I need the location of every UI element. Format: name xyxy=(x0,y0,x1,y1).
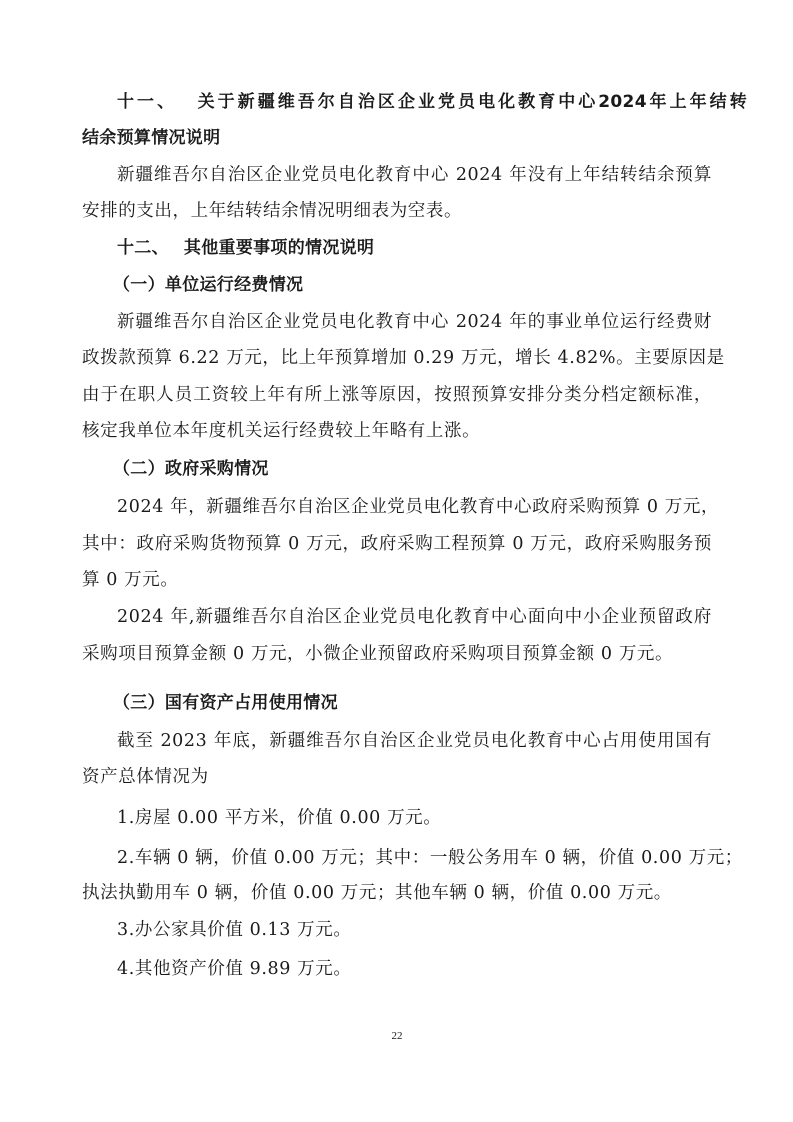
subsection-1-paragraph: 由于在职人员工资较上年有所上涨等原因，按照预算安排分类分档定额标准， xyxy=(82,383,712,407)
subsection-2-paragraph: 算 0 万元。 xyxy=(82,568,712,592)
asset-item-cont: 执法执勤用车 0 辆，价值 0.00 万元；其他车辆 0 辆，价值 0.00 万… xyxy=(82,881,712,905)
asset-item: 1.房屋 0.00 平方米，价值 0.00 万元。 xyxy=(117,806,747,830)
subsection-1-paragraph: 核定我单位本年度机关运行经费较上年略有上涨。 xyxy=(82,419,712,443)
section-11-heading-cont: 结余预算情况说明 xyxy=(82,126,712,150)
subsection-3-paragraph: 资产总体情况为 xyxy=(82,765,712,789)
subsection-2-paragraph: 2024 年,新疆维吾尔自治区企业党员电化教育中心面向中小企业预留政府 xyxy=(117,605,712,629)
subsection-3-paragraph: 截至 2023 年底，新疆维吾尔自治区企业党员电化教育中心占用使用国有 xyxy=(117,729,712,753)
section-12-heading: 十二、 其他重要事项的情况说明 xyxy=(117,236,747,260)
subsection-1-paragraph: 新疆维吾尔自治区企业党员电化教育中心 2024 年的事业单位运行经费财 xyxy=(117,310,712,334)
subsection-1-paragraph: 政拨款预算 6.22 万元，比上年预算增加 0.29 万元，增长 4.82%。主… xyxy=(82,346,712,370)
section-11-paragraph: 新疆维吾尔自治区企业党员电化教育中心 2024 年没有上年结转结余预算 xyxy=(117,163,712,187)
document-page: 十一、 关于新疆维吾尔自治区企业党员电化教育中心2024年上年结转 结余预算情况… xyxy=(0,0,793,1122)
section-11-paragraph: 安排的支出，上年结转结余情况明细表为空表。 xyxy=(82,199,712,223)
asset-item: 4.其他资产价值 9.89 万元。 xyxy=(117,957,747,981)
section-11-heading: 十一、 关于新疆维吾尔自治区企业党员电化教育中心2024年上年结转 xyxy=(117,90,747,114)
asset-item: 2.车辆 0 辆，价值 0.00 万元；其中：一般公务用车 0 辆，价值 0.0… xyxy=(117,846,712,870)
subsection-2-paragraph: 采购项目预算金额 0 万元，小微企业预留政府采购项目预算金额 0 万元。 xyxy=(82,642,712,666)
page-number: 22 xyxy=(386,1030,408,1042)
subsection-2-paragraph: 2024 年，新疆维吾尔自治区企业党员电化教育中心政府采购预算 0 万元， xyxy=(117,495,712,519)
subsection-2-heading: （二）政府采购情况 xyxy=(113,457,743,481)
subsection-1-heading: （一）单位运行经费情况 xyxy=(113,273,743,297)
subsection-2-paragraph: 其中：政府采购货物预算 0 万元，政府采购工程预算 0 万元，政府采购服务预 xyxy=(82,532,712,556)
asset-item: 3.办公家具价值 0.13 万元。 xyxy=(117,918,747,942)
subsection-3-heading: （三）国有资产占用使用情况 xyxy=(113,691,743,715)
